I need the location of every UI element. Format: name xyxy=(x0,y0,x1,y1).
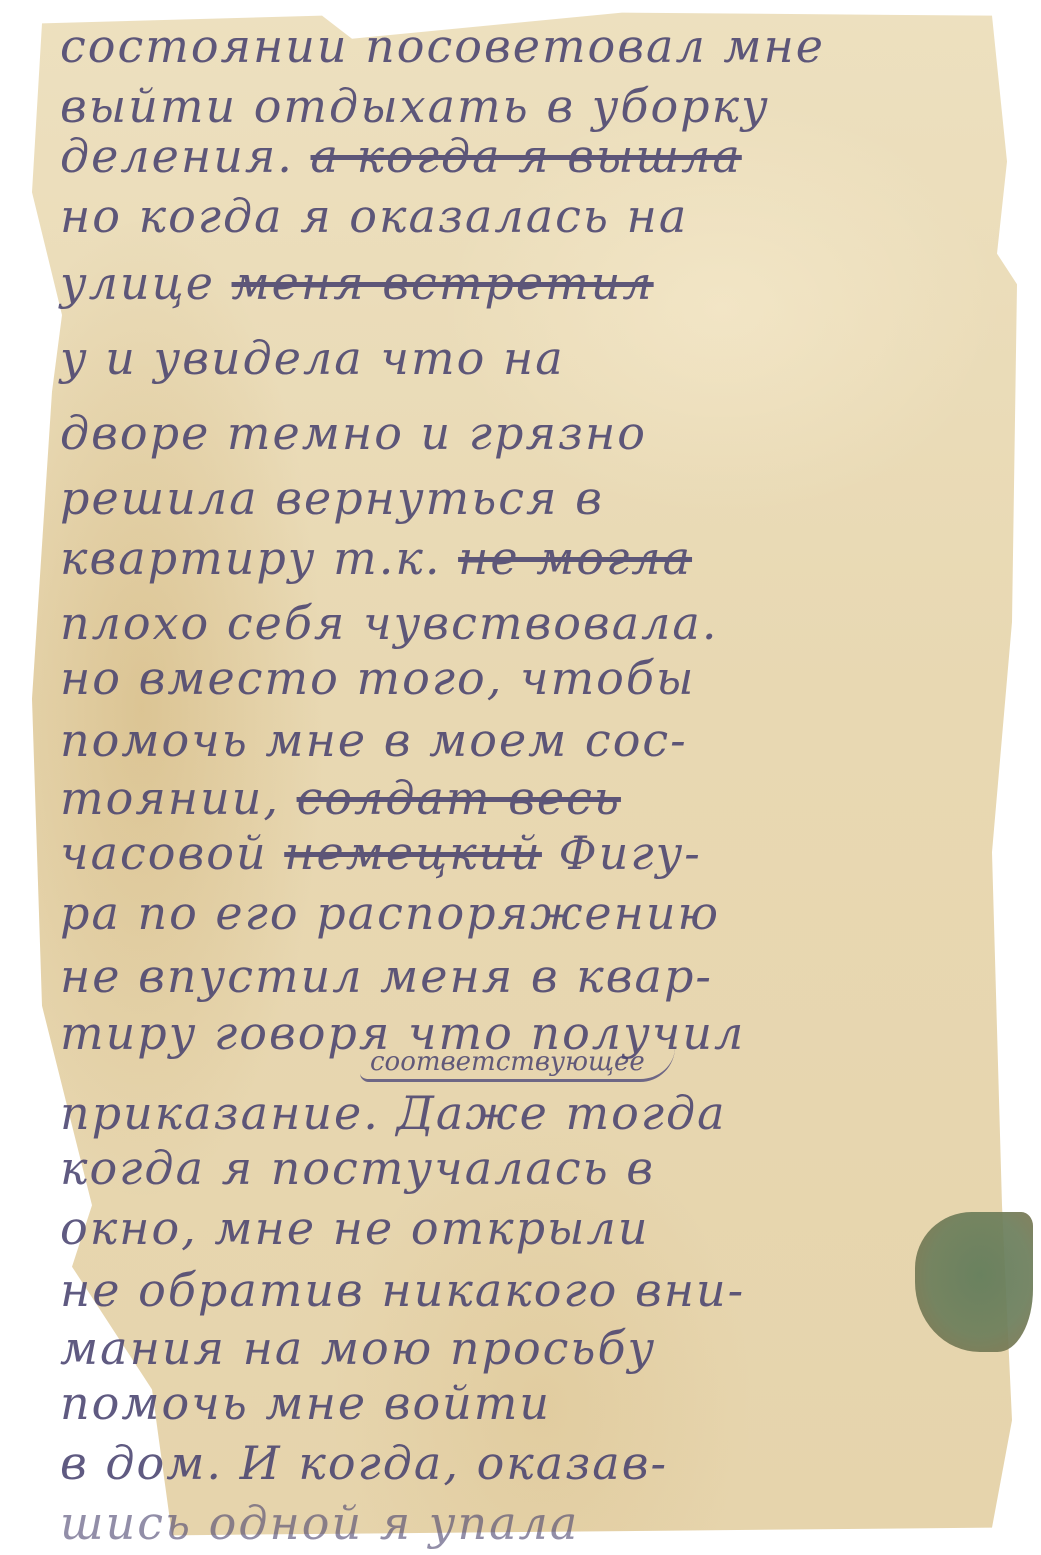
text-line: не обратив никакого вни- xyxy=(60,1262,1011,1318)
text-line: приказание. Даже тогда xyxy=(60,1085,1011,1141)
handwritten-text: состоянии посоветовал мне выйти отдыхать… xyxy=(0,0,1041,1555)
text-line: деления. а когда я вышла xyxy=(60,128,1011,184)
text-line: когда я постучалась в xyxy=(60,1140,1011,1196)
text-line: часовой немецкий Фигу- xyxy=(60,825,1011,881)
text-line: плохо себя чувствовала. xyxy=(60,595,1011,651)
text-line: решила вернуться в xyxy=(60,470,1011,526)
text-line: улице меня встретил xyxy=(60,255,1011,311)
text-line: но вместо того, чтобы xyxy=(60,650,1011,706)
text-line: шись одной я упала xyxy=(60,1495,1011,1551)
text-line: состоянии посоветовал мне xyxy=(60,18,1011,74)
text-line: в дом. И когда, оказав- xyxy=(60,1435,1011,1491)
text-line: выйти отдыхать в уборку xyxy=(60,78,1011,134)
text-line: мания на мою просьбу xyxy=(60,1320,1011,1376)
text-line: помочь мне в моем сос- xyxy=(60,712,1011,768)
text-line: не впустил меня в квар- xyxy=(60,948,1011,1004)
text-line: тоянии, солдат весь xyxy=(60,770,1011,826)
text-line: ра по его распоряжению xyxy=(60,885,1011,941)
text-line: помочь мне войти xyxy=(60,1375,1011,1431)
text-line: квартиру т.к. не могла xyxy=(60,530,1011,586)
inserted-word: соответствующее xyxy=(360,1047,675,1082)
text-line: окно, мне не открыли xyxy=(60,1200,1011,1256)
text-line: дворе темно и грязно xyxy=(60,405,1011,461)
text-line: но когда я оказалась на xyxy=(60,188,1011,244)
text-line: у и увидела что на xyxy=(60,330,1011,386)
